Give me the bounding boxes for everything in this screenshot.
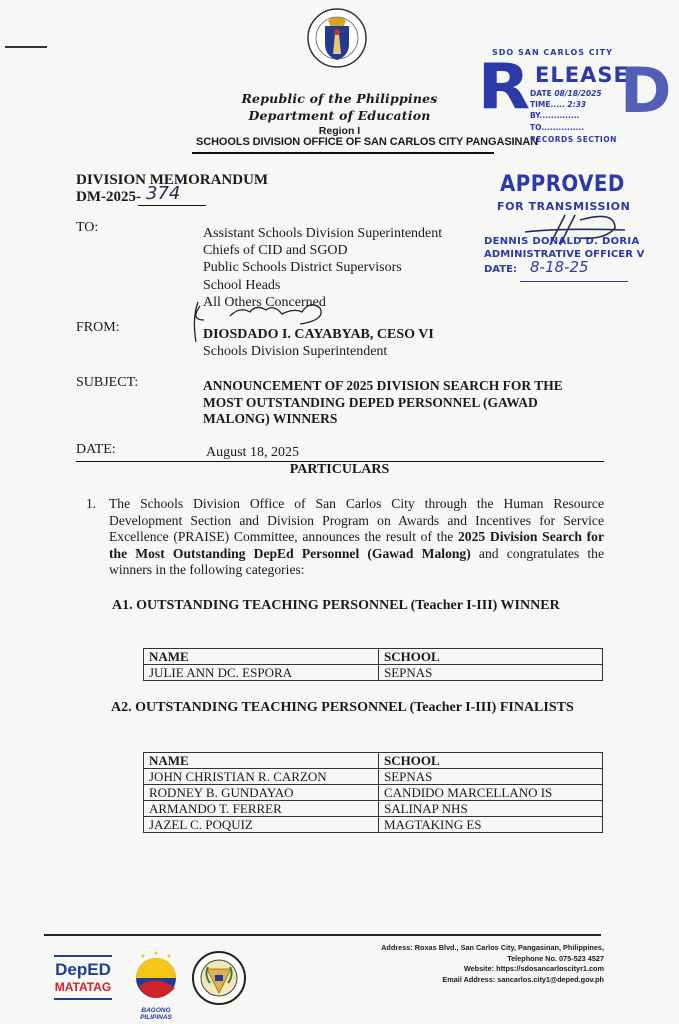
released-date: 08/18/2025 [554,89,601,98]
bagong-pilipinas-icon [125,950,187,1002]
recipient: School Heads [203,277,442,294]
date-label: DATE: [76,442,116,458]
recipient: Assistant Schools Division Superintenden… [203,225,442,242]
column-header-name: NAME [144,649,379,665]
recipient: Chiefs of CID and SGOD [203,242,442,259]
particulars-heading: PARTICULARS [0,462,679,478]
released-stamp-word: ELEASE [535,63,629,87]
released-stamp-footer: RECORDS SECTION [530,135,617,144]
footer-telephone: Telephone No. 075-523 4527 [381,954,604,965]
footer-address: Address: Roxas Blvd., San Carlos City, P… [381,943,604,954]
recipient: Public Schools District Supervisors [203,259,442,276]
column-header-name: NAME [144,753,379,769]
finalist-name: JOHN CHRISTIAN R. CARZON [144,769,379,785]
to-label: TO: [76,220,98,236]
footer-contact: Address: Roxas Blvd., San Carlos City, P… [381,943,604,985]
finalist-school: CANDIDO MARCELLANO IS [379,785,603,801]
table-row: ARMANDO T. FERRER SALINAP NHS [144,801,603,817]
deped-matatag-logo: DepED MATATAG [52,955,114,1015]
finalist-school: MAGTAKING ES [379,817,603,833]
approved-date-label: DATE: [484,264,517,275]
header-office: SCHOOLS DIVISION OFFICE OF SAN CARLOS CI… [196,136,538,148]
table-row: JAZEL C. POQUIZ MAGTAKING ES [144,817,603,833]
subject-label: SUBJECT: [76,375,138,391]
deped-seal-icon [306,6,368,82]
column-header-school: SCHOOL [379,649,603,665]
memo-date: August 18, 2025 [206,444,299,461]
footer-website[interactable]: Website: https://sdosancarloscityr1.com [381,964,604,975]
finalists-table: NAME SCHOOL JOHN CHRISTIAN R. CARZON SEP… [143,752,603,833]
released-stamp-D: D [620,60,671,122]
scan-mark [5,46,47,48]
approver-name: DENNIS DONALD D. DORIA [484,236,639,247]
section-a1-heading: A1. OUTSTANDING TEACHING PERSONNEL (Teac… [112,598,560,614]
table-row: JOHN CHRISTIAN R. CARZON SEPNAS [144,769,603,785]
finalist-name: JAZEL C. POQUIZ [144,817,379,833]
section-a2-heading: A2. OUTSTANDING TEACHING PERSONNEL (Teac… [111,700,574,716]
finalist-school: SALINAP NHS [379,801,603,817]
table-row: RODNEY B. GUNDAYAO CANDIDO MARCELLANO IS [144,785,603,801]
released-time: 2:33 [567,100,586,109]
item-number: 1. [86,496,96,513]
approved-date: 8-18-25 [530,258,589,276]
bagong-pilipinas-logo: BAGONG PILIPINAS [125,950,187,1015]
memo-number-line [138,205,206,206]
approved-date-line [520,281,628,282]
released-stamp-fields: DATE 08/18/2025 TIME..... 2:33 BY.......… [530,88,602,133]
sender-title: Schools Division Superintendent [203,343,387,360]
released-stamp-R: R [478,56,531,118]
approved-stamp-title: APPROVED [500,172,625,197]
memo-number-prefix: DM-2025- [76,189,141,206]
table-header-row: NAME SCHOOL [144,649,603,665]
winner-table: NAME SCHOOL JULIE ANN DC. ESPORA SEPNAS [143,648,603,681]
winner-school: SEPNAS [379,665,603,681]
sdo-san-carlos-seal-icon [192,951,246,1005]
footer-divider [44,934,601,936]
finalist-school: SEPNAS [379,769,603,785]
sender-name: DIOSDADO I. CAYABYAB, CESO VI [203,326,434,343]
memo-number: 374 [146,183,180,204]
paragraph-1: 1. The Schools Division Office of San Ca… [86,496,604,579]
winner-name: JULIE ANN DC. ESPORA [144,665,379,681]
finalist-name: ARMANDO T. FERRER [144,801,379,817]
from-label: FROM: [76,320,120,336]
footer-email[interactable]: Email Address: sancarlos.city1@deped.gov… [381,975,604,986]
finalist-name: RODNEY B. GUNDAYAO [144,785,379,801]
column-header-school: SCHOOL [379,753,603,769]
memo-subject: ANNOUNCEMENT OF 2025 DIVISION SEARCH FOR… [203,378,573,428]
table-header-row: NAME SCHOOL [144,753,603,769]
table-row: JULIE ANN DC. ESPORA SEPNAS [144,665,603,681]
header-divider [192,152,494,154]
